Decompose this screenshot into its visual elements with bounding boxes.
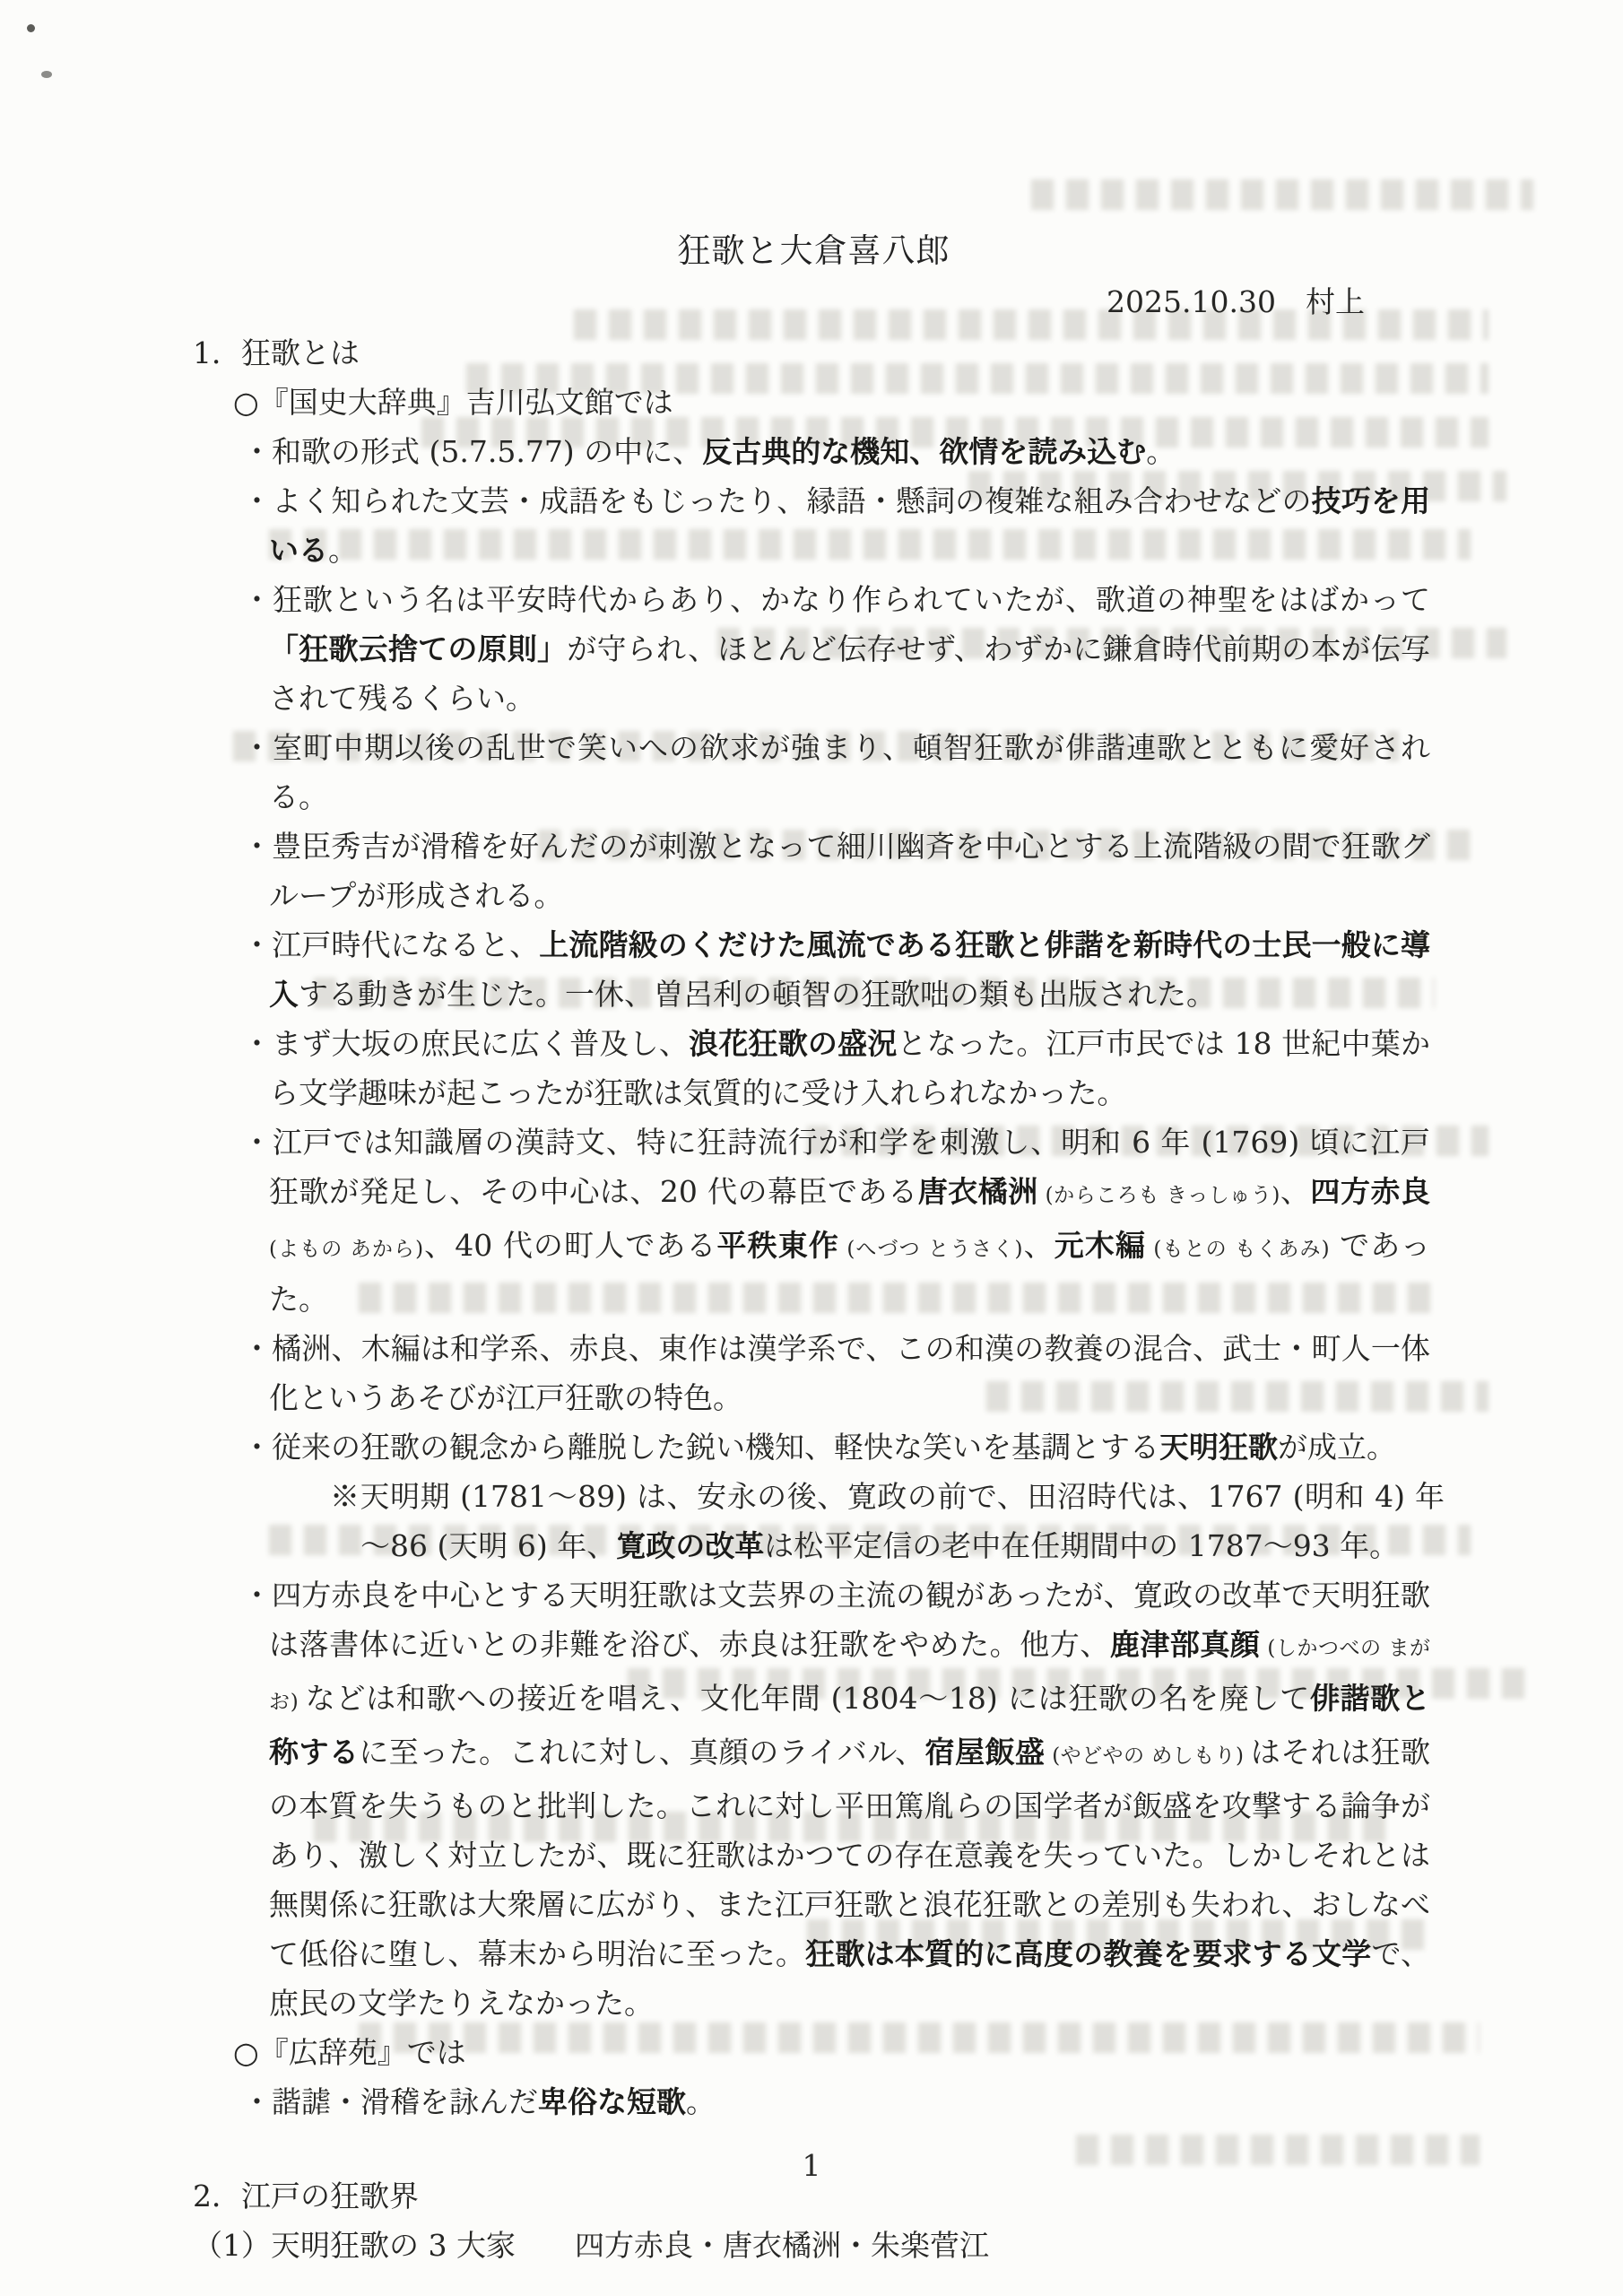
text-block-bullet: ・諧謔・滑稽を詠んだ卑俗な短歌。 — [242, 2077, 1430, 2126]
text-block-bullet: ・室町中期以後の乱世で笑いへの欲求が強まり、頓智狂歌が俳諧連歌とともに愛好される… — [242, 723, 1430, 822]
text-run: ・室町中期以後の乱世で笑いへの欲求が強まり、頓智狂歌が俳諧連歌とともに愛好される… — [242, 730, 1430, 814]
bold-text-run: 反古典的な機知、欲情を読み込む — [702, 434, 1146, 469]
text-run: ・狂歌という名は平安時代からあり、かなり作られていたが、歌道の神聖をはばかって — [242, 582, 1430, 617]
text-run: 1．狂歌とは — [193, 335, 360, 370]
text-run: ・まず大坂の庶民に広く普及し、 — [242, 1026, 689, 1061]
text-block-bullet: ・四方赤良を中心とする天明狂歌は文芸界の主流の観があったが、寛政の改革で天明狂歌… — [242, 1570, 1430, 2028]
scanned-page: 狂歌と大倉喜八郎 2025.10.30 村上 1．狂歌とは○『国史大辞典』吉川弘… — [0, 0, 1623, 2296]
text-block-bullet: ・和歌の形式 (5.7.5.77) の中に、反古典的な機知、欲情を読み込む。 — [242, 427, 1430, 476]
scan-speck — [27, 24, 35, 32]
bold-text-run: 元木編 — [1055, 1228, 1146, 1263]
text-block-bullet: ・江戸時代になると、上流階級のくだけた風流である狂歌と俳諧を新時代の士民一般に導… — [242, 920, 1430, 1019]
text-block-bullet: ・江戸では知識層の漢詩文、特に狂詩流行が和学を刺激し、明和 6 年 (1769)… — [242, 1118, 1430, 1324]
text-block-bullet: ・豊臣秀吉が滑稽を好んだのが刺激となって細川幽斉を中心とする上流階級の間で狂歌グ… — [242, 822, 1430, 920]
bold-text-run: 四方赤良 — [1310, 1174, 1430, 1209]
text-run: ・従来の狂歌の観念から離脱した鋭い機知、軽快な笑いを基調とする — [242, 1430, 1159, 1465]
furigana-run: (へづつ とうさく) — [839, 1238, 1023, 1261]
text-run: ・豊臣秀吉が滑稽を好んだのが刺激となって細川幽斉を中心とする上流階級の間で狂歌グ… — [242, 829, 1430, 913]
text-block-item: （1）天明狂歌の 3 大家 四方赤良・唐衣橘洲・朱楽菅江 — [193, 2221, 1435, 2270]
date-author-line: 2025.10.30 村上 — [193, 277, 1435, 326]
text-block-sub: ○『国史大辞典』吉川弘文館では — [233, 378, 1435, 427]
furigana-run: (もとの もくあみ) — [1146, 1238, 1330, 1261]
text-run: 2．江戸の狂歌界 — [193, 2179, 419, 2213]
scan-speck — [41, 71, 52, 78]
text-block-bullet: ・従来の狂歌の観念から離脱した鋭い機知、軽快な笑いを基調とする天明狂歌が成立。 — [242, 1422, 1430, 1472]
bold-text-run: 鹿津部真顔 — [1110, 1627, 1261, 1662]
text-run: ・和歌の形式 (5.7.5.77) の中に、 — [242, 434, 702, 469]
bold-text-run: 狂歌は本質的に高度の教養を要求する文学 — [805, 1936, 1371, 1971]
text-block-sub: ○『広辞苑』では — [233, 2028, 1435, 2077]
text-run: ○『国史大辞典』吉川弘文館では — [233, 385, 673, 420]
text-block-section: 1．狂歌とは — [193, 328, 1435, 378]
text-block-bullet: ・橘洲、木編は和学系、赤良、東作は漢学系で、この和漢の教養の混合、武士・町人一体… — [242, 1324, 1430, 1422]
document-blocks: 1．狂歌とは○『国史大辞典』吉川弘文館では・和歌の形式 (5.7.5.77) の… — [193, 328, 1435, 2270]
bold-text-run: 寛政の改革 — [616, 1528, 764, 1563]
text-block-note: ※天明期 (1781～89) は、安永の後、寛政の前で、田沼時代は、1767 (… — [330, 1472, 1445, 1570]
text-run: 。 — [686, 2084, 716, 2119]
document-title: 狂歌と大倉喜八郎 — [193, 226, 1435, 275]
text-run: ・よく知られた文芸・成語をもじったり、縁語・懸詞の複雑な組み合わせなどの — [242, 483, 1312, 518]
furigana-run: (よもの あから) — [269, 1238, 423, 1261]
text-run: 、 — [1022, 1228, 1054, 1263]
text-run: ・諧謔・滑稽を詠んだ — [242, 2084, 538, 2119]
furigana-run: (やどやの めしもり) — [1045, 1744, 1250, 1768]
text-run: ・江戸時代になると、 — [242, 927, 539, 962]
bold-text-run: 浪花狂歌の盛況 — [689, 1026, 897, 1061]
text-block-bullet: ・まず大坂の庶民に広く普及し、浪花狂歌の盛況となった。江戸市民では 18 世紀中… — [242, 1019, 1430, 1118]
furigana-run: (からころも きっしゅう) — [1038, 1184, 1280, 1207]
text-run: 。 — [1146, 434, 1176, 469]
text-block-bullet: ・よく知られた文芸・成語をもじったり、縁語・懸詞の複雑な組み合わせなどの技巧を用… — [242, 476, 1430, 575]
bold-text-run: 宿屋飯盛 — [925, 1735, 1046, 1770]
text-run: 、40 代の町人である — [423, 1228, 716, 1263]
bold-text-run: 「狂歌云捨ての原則」 — [269, 631, 567, 666]
page-number: 1 — [0, 2148, 1623, 2183]
text-run: （1）天明狂歌の 3 大家 四方赤良・唐衣橘洲・朱楽菅江 — [193, 2228, 989, 2263]
text-run: が成立。 — [1278, 1430, 1396, 1465]
text-run: 。 — [328, 533, 358, 568]
bold-text-run: 平秩東作 — [717, 1228, 839, 1263]
text-run: 、 — [1280, 1174, 1310, 1209]
text-run: などは和歌への接近を唱え、文化年間 (1804～18) には狂歌の名を廃して — [306, 1681, 1310, 1716]
document-content: 狂歌と大倉喜八郎 2025.10.30 村上 1．狂歌とは○『国史大辞典』吉川弘… — [193, 226, 1435, 2270]
text-run: ○『広辞苑』では — [233, 2035, 466, 2070]
text-run: ・橘洲、木編は和学系、赤良、東作は漢学系で、この和漢の教養の混合、武士・町人一体… — [242, 1331, 1430, 1415]
text-run: する動きが生じた。一休、曽呂利の頓智の狂歌咄の類も出版された。 — [299, 977, 1216, 1012]
text-run: は松平定信の老中在任期間中の 1787～93 年。 — [764, 1528, 1399, 1563]
bold-text-run: 天明狂歌 — [1159, 1430, 1278, 1465]
bleed-through-artifact — [1031, 179, 1533, 210]
text-block-bullet: ・狂歌という名は平安時代からあり、かなり作られていたが、歌道の神聖をはばかって「… — [242, 575, 1430, 723]
bold-text-run: 卑俗な短歌 — [538, 2084, 686, 2119]
bold-text-run: 唐衣橘洲 — [918, 1174, 1038, 1209]
text-run: に至った。これに対し、真顔のライバル、 — [359, 1735, 924, 1770]
